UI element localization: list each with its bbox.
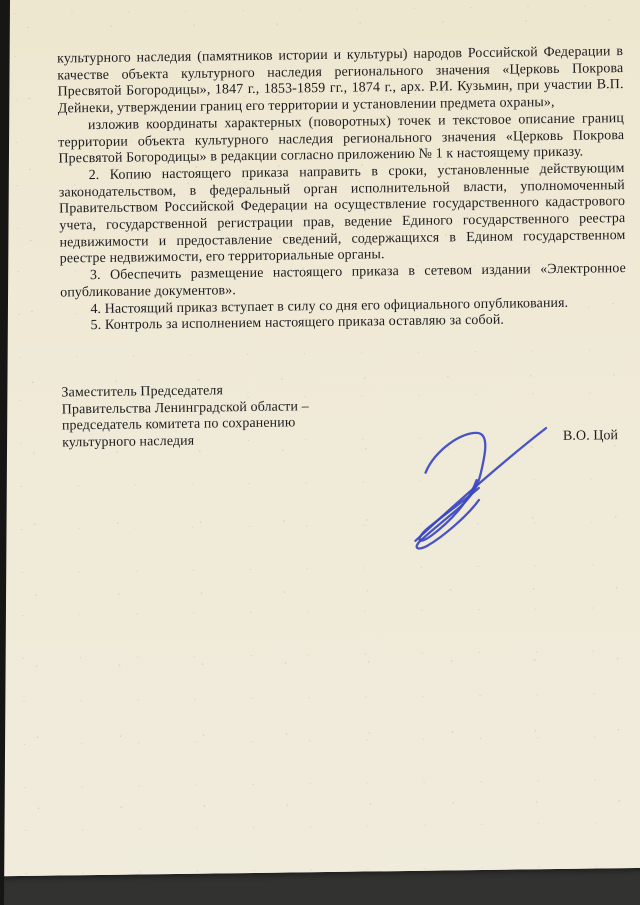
handwritten-signature [400, 417, 562, 559]
document-page: культурного наследия (памятников истории… [0, 0, 640, 876]
paragraph-continuation: культурного наследия (памятников истории… [57, 44, 624, 118]
paragraph-coordinates: изложив координаты характерных (поворотн… [58, 111, 625, 169]
order-item-2: 2. Копию настоящего приказа направить в … [59, 161, 626, 269]
signatory-title: Заместитель Председателя Правительства Л… [61, 381, 412, 452]
signature-stroke-flourish [414, 428, 547, 541]
document-text-block: культурного наследия (памятников истории… [57, 44, 628, 452]
signatory-name: В.О. Цой [563, 428, 628, 446]
signatory-title-line: культурного наследия [62, 431, 412, 452]
